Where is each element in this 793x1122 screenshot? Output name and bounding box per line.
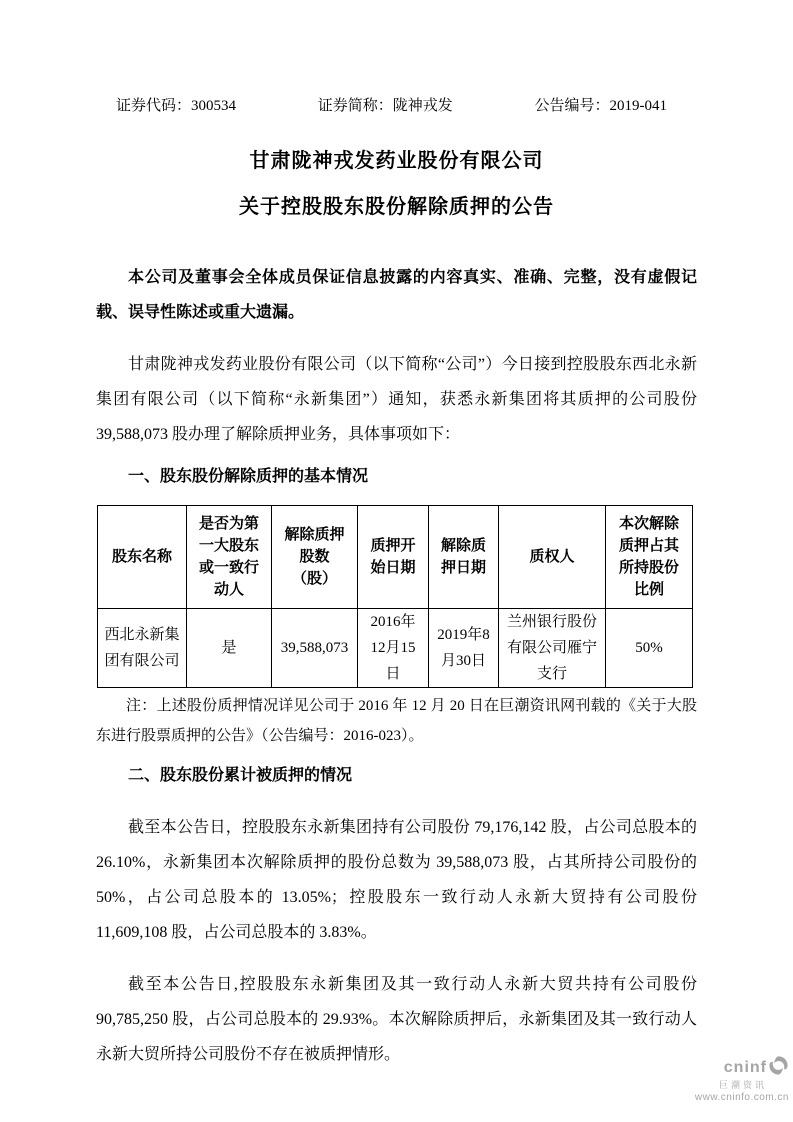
cninfo-url: www.cninfo.com.cn: [695, 1092, 789, 1103]
section2-paragraph2: 截至本公告日,控股股东永新集团及其一致行动人永新大贸共持有公司股份 90,785…: [96, 967, 697, 1072]
intro-paragraph: 甘肃陇神戎发药业股份有限公司（以下简称“公司”）今日接到控股股东西北永新集团有限…: [96, 347, 697, 452]
cninfo-brand-row: cninf: [695, 1055, 789, 1081]
table-header-row: 股东名称 是否为第一大股东或一致行动人 解除质押股数（股） 质押开始日期 解除质…: [98, 506, 693, 609]
table-row: 西北永新集团有限公司 是 39,588,073 2016年12月15日 2019…: [98, 609, 693, 688]
cell-shares-released: 39,588,073: [272, 609, 358, 688]
table-header-release-date: 解除质押日期: [429, 506, 499, 609]
cell-pledge-start-date: 2016年12月15日: [358, 609, 429, 688]
table-header-shareholder: 股东名称: [98, 506, 187, 609]
table-header-pledgee: 质权人: [499, 506, 606, 609]
board-declaration-paragraph: 本公司及董事会全体成员保证信息披露的内容真实、准确、完整，没有虚假记载、误导性陈…: [96, 260, 697, 330]
cninfo-brand-text: cninf: [724, 1059, 767, 1077]
document-header: 证券代码：300534 证券简称：陇神戎发 公告编号：2019-041: [116, 0, 667, 115]
cninfo-chinese-name: 巨潮资讯: [695, 1081, 767, 1091]
cell-pledgee: 兰州银行股份有限公司雁宁支行: [499, 609, 606, 688]
document-page: 证券代码：300534 证券简称：陇神戎发 公告编号：2019-041 甘肃陇神…: [0, 0, 793, 1122]
table-header-shares-released: 解除质押股数（股）: [272, 506, 358, 609]
section2-paragraph1: 截至本公告日，控股股东永新集团持有公司股份 79,176,142 股，占公司总股…: [96, 810, 697, 950]
table-header-pledge-start-date: 质押开始日期: [358, 506, 429, 609]
cninfo-swirl-icon: [768, 1055, 789, 1081]
table-header-is-largest: 是否为第一大股东或一致行动人: [187, 506, 272, 609]
cell-release-ratio: 50%: [606, 609, 693, 688]
section1-heading: 一、股东股份解除质押的基本情况: [96, 459, 697, 494]
cell-shareholder: 西北永新集团有限公司: [98, 609, 187, 688]
stock-abbr-label: 证券简称：陇神戎发: [318, 97, 453, 115]
pledge-release-table: 股东名称 是否为第一大股东或一致行动人 解除质押股数（股） 质押开始日期 解除质…: [97, 505, 693, 688]
stock-code-label: 证券代码：300534: [116, 97, 236, 115]
announcement-number-label: 公告编号：2019-041: [535, 97, 668, 115]
table-note: 注：上述股份质押情况详见公司于 2016 年 12 月 20 日在巨潮资讯网刊载…: [96, 691, 697, 751]
cell-release-date: 2019年8月30日: [429, 609, 499, 688]
company-name-title: 甘肃陇神戎发药业股份有限公司: [0, 148, 793, 174]
cell-is-largest: 是: [187, 609, 272, 688]
announcement-title: 关于控股股东股份解除质押的公告: [0, 194, 793, 220]
table-header-release-ratio: 本次解除质押占其所持股份比例: [606, 506, 693, 609]
cninfo-watermark: cninf 巨潮资讯 www.cninfo.com.cn: [695, 1055, 789, 1103]
section2-heading: 二、股东股份累计被质押的情况: [96, 758, 697, 793]
